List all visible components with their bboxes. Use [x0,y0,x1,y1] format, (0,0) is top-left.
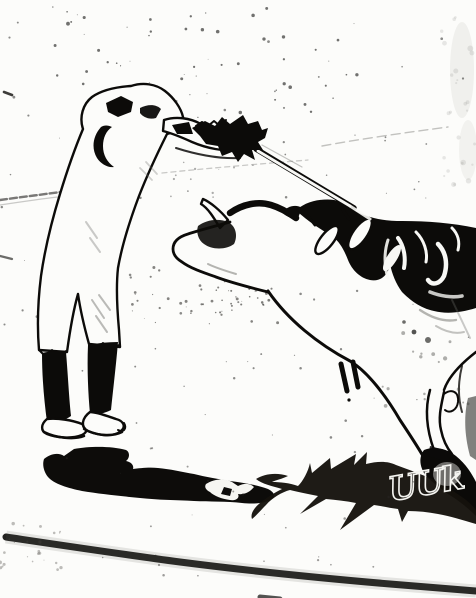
noise-dot [230,303,232,305]
noise-dot [26,540,28,542]
stocking-left [42,351,71,422]
noise-dot [283,82,286,85]
noise-dot [193,66,195,68]
noise-dot [59,531,61,533]
noise-dot [232,491,234,493]
noise-dot [23,525,25,527]
noise-dot [3,551,6,554]
noise-dot [386,193,387,194]
noise-dot [440,37,443,40]
noise-dot [284,154,286,156]
noise-dot [180,77,183,80]
noise-dot [179,312,182,315]
noise-dot [283,107,285,109]
noise-dot [221,64,223,66]
noise-dot [456,79,458,81]
noise-dot [416,399,417,400]
noise-dot [85,70,88,73]
noise-dot [385,136,387,138]
noise-dot [59,566,62,569]
noise-dot [43,560,44,561]
noise-dot [233,377,235,379]
noise-dot [127,27,128,28]
noise-dot [32,561,34,563]
noise-dot [190,178,192,180]
noise-dot [228,290,229,291]
noise-dot [231,305,233,307]
noise-dot [467,402,470,405]
noise-dot [453,69,458,74]
noise-dot [39,525,42,528]
noise-dot [150,276,152,278]
noise-dot [253,367,255,369]
noise-dot [97,49,100,52]
noise-dot [120,66,121,67]
noise-dot [144,318,145,319]
noise-dot [21,309,23,311]
noise-dot [354,135,355,136]
noise-dot [150,30,152,32]
noise-dot [272,434,273,435]
noise-dot [162,574,165,577]
noise-dot [255,291,256,292]
noise-dot [315,49,317,51]
noise-dot [456,135,460,139]
noise-dot [299,293,302,296]
noise-dot [10,174,11,175]
noise-dot [241,301,242,302]
noise-dot [102,557,104,559]
noise-dot [134,366,136,368]
noise-dot [237,301,239,303]
noise-dot [179,302,182,305]
noise-dot [247,361,248,362]
noise-dot [461,162,464,165]
noise-dot [343,517,346,520]
noise-dot [3,323,5,325]
noise-dot [17,22,19,24]
noise-dot [136,300,138,302]
noise-dot [276,90,277,91]
noise-dot [267,40,270,43]
noise-dot [159,307,161,309]
noise-dot [173,178,175,180]
noise-dot [152,294,153,295]
noise-dot [13,96,16,99]
noise-dot [116,62,118,64]
noise-dot [462,402,464,404]
noise-dot [240,303,242,305]
noise-dot [131,303,134,306]
noise-dot [450,73,453,76]
noise-dot [120,473,121,474]
noise-dot [66,11,68,13]
noise-dot [149,18,152,21]
noise-dot [205,414,206,415]
noise-dot [59,138,60,139]
noise-dot [442,41,447,46]
noise-dot [299,367,302,370]
noise-dot [239,111,242,114]
noise-dot [1,565,3,567]
noise-dot [38,540,41,543]
noise-dot [208,59,209,60]
noise-dot [148,35,149,36]
noise-dot [372,566,374,568]
noise-dot [207,480,209,482]
noise-dot [77,14,78,15]
noise-dot [170,196,172,198]
noise-dot [53,532,56,535]
noise-dot [194,168,196,170]
noise-dot [420,353,422,355]
noise-dot [262,37,265,40]
noise-dot [24,260,25,261]
noise-dot [107,61,109,63]
noise-dot [344,419,347,422]
noise-dot [249,296,251,298]
noise-dot [424,398,426,400]
noise-dot [184,74,185,75]
noise-dot [262,304,264,306]
noise-dot [199,284,202,287]
noise-dot [221,299,223,301]
noise-dot [452,17,456,21]
noise-dot [328,61,329,62]
noise-dot [412,304,413,305]
noise-dot [288,85,292,89]
noise-dot [155,322,156,323]
noise-dot [242,493,244,495]
noise-dot [54,44,57,47]
noise-dot [443,356,447,360]
noise-dot [207,93,208,94]
noise-dot [330,436,333,439]
noise-dot [326,175,327,176]
noise-dot [66,457,68,459]
noise-dot [431,352,435,356]
noise-dot [337,39,340,42]
noise-dot [466,100,470,104]
noise-dot [189,94,190,95]
noise-dot [317,559,319,561]
noise-dot [270,288,272,290]
noise-dot [129,274,132,277]
noise-dot [425,197,426,198]
noise-dot [224,109,227,112]
noise-dot [384,140,386,142]
noise-dot [52,6,54,8]
noise-dot [318,556,319,557]
noise-dot [438,361,440,363]
noise-dot [83,16,86,19]
noise-dot [313,298,315,300]
noise-dot [167,297,170,300]
noise-dot [212,192,214,194]
noise-dot [27,556,28,557]
noise-dot [155,555,156,556]
noise-dot [190,15,192,17]
noise-dot [130,276,132,278]
noise-dot [235,296,236,297]
noise-dot [70,21,72,23]
noise-dot [197,117,198,118]
noise-dot [216,30,220,34]
noise-dot [183,386,184,387]
noise-dot [185,300,188,303]
noise-dot [135,294,136,295]
noise-dot [192,514,193,515]
noise-dot [187,466,189,468]
noise-dot [382,386,384,388]
noise-dot [230,290,232,292]
noise-dot [401,331,405,335]
noise-dot [263,560,265,562]
noise-dot [250,320,253,323]
noise-dot [130,61,131,62]
noise-dot [82,83,85,86]
noise-dot [276,321,279,324]
noise-dot [257,297,259,299]
noise-dot [196,76,197,77]
noise-dot [374,398,375,399]
noise-dot [66,22,70,26]
noise-dot [354,23,355,24]
noise-dot [467,45,473,51]
noise-dot [219,311,221,313]
noise-dot [274,99,276,101]
noise-dot [283,58,285,60]
noise-dot [414,189,416,191]
noise-dot [412,351,414,353]
noise-dot [346,74,348,76]
noise-dot [201,28,204,31]
noise-dot [215,312,217,314]
noise-dot [325,85,327,87]
noise-dot [267,299,270,302]
noise-dot [200,303,202,305]
noise-dot [231,309,233,311]
noise-dot [466,109,468,111]
noise-dot [84,34,85,35]
noise-dot [8,37,10,39]
noise-dot [209,323,210,324]
ink-dab [402,320,406,324]
noise-dot [330,564,332,566]
noise-dot [175,174,177,176]
noise-dot [218,169,219,170]
noise-dot [264,514,265,515]
noise-dot [187,190,189,192]
noise-dot [132,310,133,311]
noise-dot [449,111,452,114]
noise-dot [310,111,312,113]
noise-dot [355,73,358,76]
noise-dot [158,564,160,566]
noise-dot [446,169,450,173]
noise-dot [217,286,219,288]
noise-dot [200,288,202,290]
noise-dot [38,552,41,555]
noise-dot [418,181,419,182]
noise-dot [151,447,153,449]
artwork-canvas: UUk [0,0,476,598]
noise-dot [457,387,460,390]
noise-dot [419,355,422,358]
noise-dot [134,291,137,294]
noise-dot [285,527,287,529]
noise-dot [471,164,473,166]
noise-dot [220,314,222,316]
ink-dab [425,337,431,343]
noise-dot [82,370,84,372]
noise-dot [384,404,388,408]
noise-dot [55,562,57,564]
noise-dot [469,51,474,56]
noise-dot [387,387,390,390]
noise-dot [56,74,58,76]
noise-dot [211,300,214,303]
noise-dot [304,103,307,106]
noise-dot [283,141,285,143]
noise-dot [466,178,471,183]
noise-dot [237,62,240,65]
noise-dot [190,310,192,312]
noise-dot [11,522,14,525]
noise-dot [216,289,218,291]
noise-dot [221,311,222,312]
noise-dot [332,97,334,99]
noise-dot [158,269,160,271]
noise-dot [282,35,285,38]
noise-dot [462,77,464,79]
ink-dab [412,330,417,335]
noise-dot [56,568,59,571]
noise-dot [152,266,155,269]
noise-dot [260,353,262,355]
noise-dot [354,451,356,453]
noise-dot [356,290,358,292]
noise-dot [443,175,445,177]
noise-dot [150,525,152,527]
noise-dot [185,28,188,31]
noise-dot [3,563,6,566]
noise-dot [265,7,268,10]
noise-dot [236,297,239,300]
noise-dot [212,196,214,198]
noise-dot [205,12,206,13]
noise-dot [318,76,320,78]
noise-dot [261,301,264,304]
noise-dot [1,206,3,208]
noise-dot [455,82,457,84]
noise-dot [440,30,443,33]
noise-dot [186,306,187,307]
noise-dot [27,115,29,117]
noise-dot [425,143,427,145]
noise-dot [442,156,446,160]
noise-dot [190,312,192,314]
noise-dot [451,182,456,187]
noise-dot [197,575,199,577]
noise-dot [413,481,415,483]
noise-dot [387,496,390,499]
noise-dot [226,361,227,362]
noise-dot [340,348,342,350]
noise-dot [294,355,295,356]
noise-dot [285,196,288,199]
ink-dot [347,398,350,401]
noise-dot [449,340,452,343]
noise-dot [183,162,185,164]
noise-dot [149,82,150,83]
noise-dot [361,435,363,437]
bullfight-illustration: UUk [0,0,476,598]
noise-dot [155,348,157,350]
noise-dot [251,14,255,18]
noise-dot [136,422,138,424]
noise-dot [8,538,10,540]
noise-dot [401,66,403,68]
noise-dot [274,91,276,93]
noise-dot [14,542,15,543]
noise-dot [423,393,426,396]
